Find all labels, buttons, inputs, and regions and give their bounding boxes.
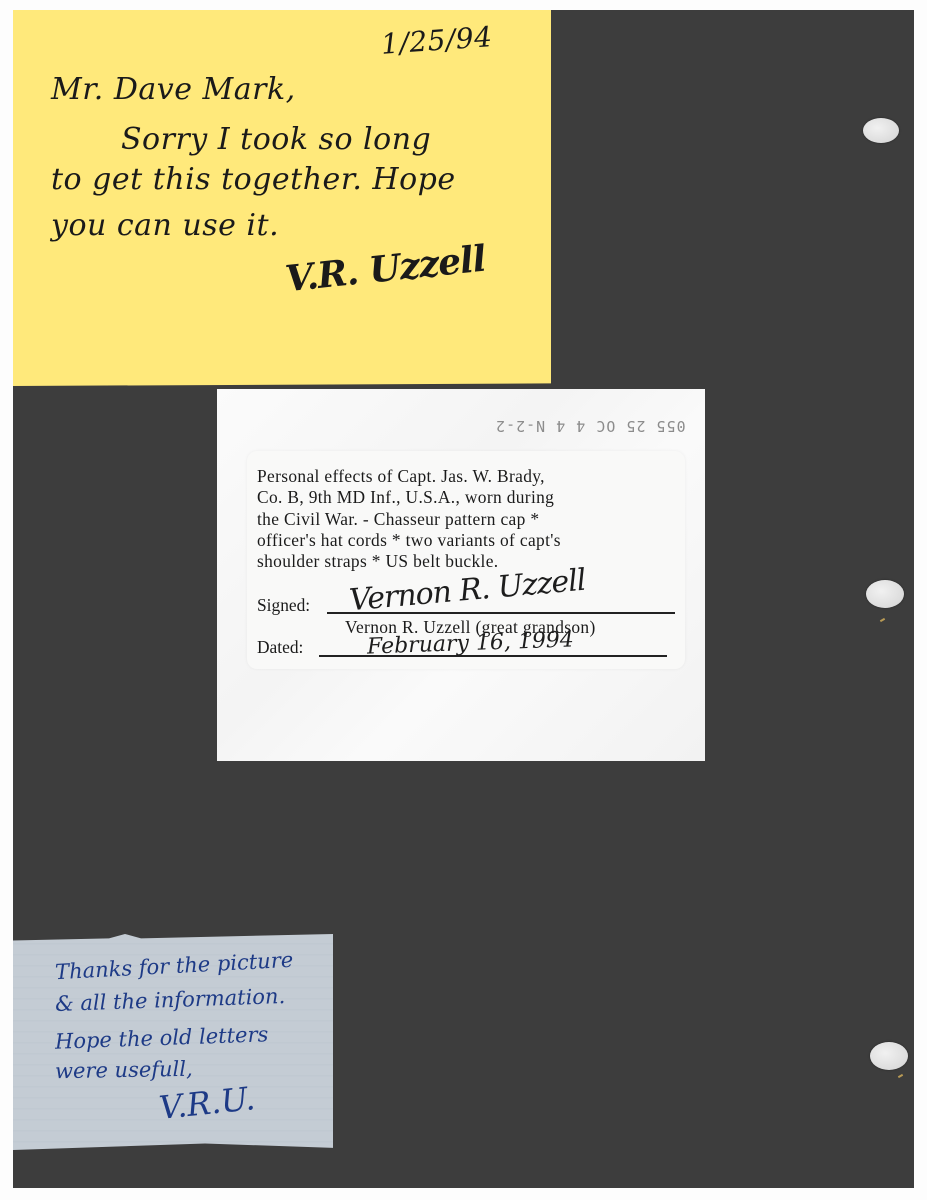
label-line: Co. B, 9th MD Inf., U.S.A., worn during: [257, 487, 687, 508]
label-line: Personal effects of Capt. Jas. W. Brady,: [257, 466, 687, 487]
dated-row: Dated: February 16, 1994: [257, 637, 303, 658]
note-line: were usefull,: [55, 1057, 193, 1083]
note-date: 1/25/94: [380, 20, 493, 61]
note-line: Sorry I took so long: [121, 122, 431, 157]
note-line: & all the information.: [55, 984, 286, 1016]
binder-hole-top: [863, 118, 899, 143]
blue-note: Thanks for the picture & all the informa…: [13, 934, 333, 1150]
note-line: to get this together. Hope: [51, 162, 456, 197]
note-greeting: Mr. Dave Mark,: [51, 72, 296, 107]
label-line: the Civil War. - Chasseur pattern cap *: [257, 509, 687, 530]
label-line: shoulder straps * US belt buckle.: [257, 551, 687, 572]
note-line: Thanks for the picture: [55, 948, 294, 984]
yellow-sticky-note: 1/25/94 Mr. Dave Mark, Sorry I took so l…: [13, 10, 551, 386]
note-line: you can use it.: [51, 208, 279, 243]
binder-hole-bottom: [870, 1042, 908, 1070]
dated-label: Dated:: [257, 637, 303, 657]
signed-label: Signed:: [257, 595, 310, 615]
photo-print-stamp: 055 25 OC 4 4 N-2-2: [495, 417, 686, 435]
note-line: Hope the old letters: [55, 1022, 269, 1053]
signed-row: Signed: Vernon R. Uzzell: [257, 595, 310, 616]
typed-label: Personal effects of Capt. Jas. W. Brady,…: [247, 451, 685, 669]
note-signature: V.R. Uzzell: [283, 238, 487, 301]
binder-hole-middle: [866, 580, 904, 608]
label-line: officer's hat cords * two variants of ca…: [257, 530, 687, 551]
note-signature: V.R.U.: [157, 1079, 257, 1127]
provenance-card: 055 25 OC 4 4 N-2-2 Personal effects of …: [217, 389, 705, 761]
label-description: Personal effects of Capt. Jas. W. Brady,…: [257, 466, 687, 572]
